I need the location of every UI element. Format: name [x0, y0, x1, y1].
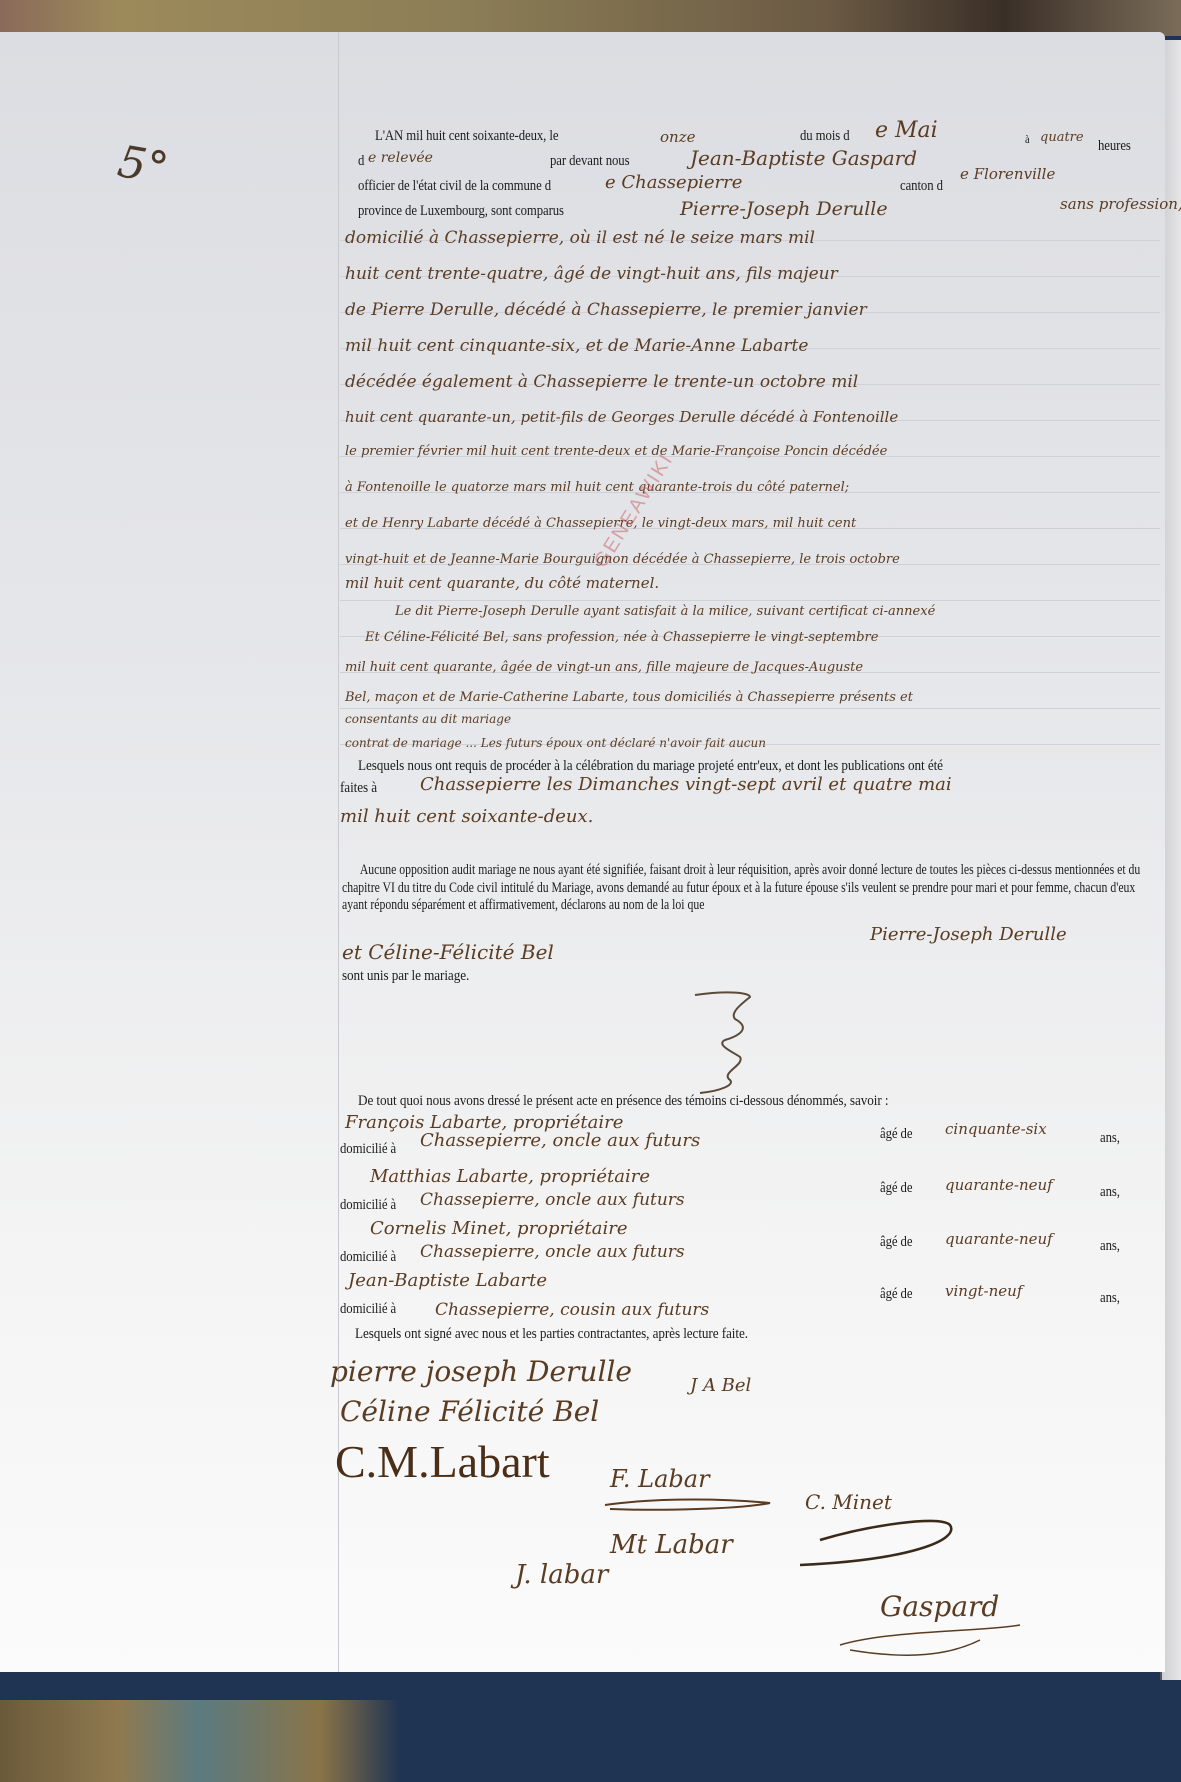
publications-printed: Lesquels nous ont requis de procéder à l… — [358, 758, 943, 775]
age-label: âgé de — [880, 1234, 912, 1251]
margin-line — [338, 32, 339, 1672]
signature-bride: Céline Félicité Bel — [340, 1395, 599, 1428]
ans-label: ans, — [1100, 1130, 1120, 1147]
header-printed: par devant nous — [550, 153, 629, 170]
witness-age: quarante-neuf — [945, 1176, 1053, 1194]
header-officer: Jean-Baptiste Gaspard — [690, 146, 917, 170]
header-printed: canton d — [900, 178, 943, 195]
declaration-groom: Pierre-Joseph Derulle — [870, 924, 1067, 945]
separator-flourish — [690, 985, 770, 1095]
age-label: âgé de — [880, 1286, 912, 1303]
groom-name: Pierre-Joseph Derulle — [680, 198, 888, 220]
body-line: domicilié à Chassepierre, où il est né l… — [345, 228, 815, 248]
body-line: mil huit cent cinquante-six, et de Marie… — [345, 336, 808, 356]
background-top — [0, 0, 1181, 36]
signature-witness-4: J. labar — [515, 1560, 608, 1590]
publications-hw: Chassepierre les Dimanches vingt-sept av… — [420, 774, 952, 795]
body-line: Bel, maçon et de Marie-Catherine Labarte… — [345, 690, 913, 705]
domicile-label: domicilié à — [340, 1141, 396, 1158]
signature-underline — [600, 1495, 780, 1515]
ruled-line — [340, 600, 1160, 601]
body-line: Et Céline-Félicité Bel, sans profession,… — [365, 630, 878, 645]
header-printed: officier de l'état civil de la commune d — [358, 178, 551, 195]
body-line: décédée également à Chassepierre le tren… — [345, 372, 858, 392]
witness-name: Jean-Baptiste Labarte — [348, 1270, 547, 1291]
header-printed: d — [358, 153, 364, 170]
declaration-paragraph: Aucune opposition audit mariage ne nous … — [342, 862, 1152, 915]
signature-groom: pierre joseph Derulle — [330, 1355, 632, 1388]
ruled-line — [340, 708, 1160, 709]
ans-label: ans, — [1100, 1238, 1120, 1255]
header-printed: L'AN mil huit cent soixante-deux, le — [375, 128, 558, 145]
header-commune: e Chassepierre — [605, 172, 742, 193]
body-line: mil huit cent quarante, du côté maternel… — [345, 574, 659, 592]
age-label: âgé de — [880, 1180, 912, 1197]
folio-number: 5° — [114, 136, 172, 195]
signature-officer: Gaspard — [880, 1590, 999, 1623]
header-canton: e Florenville — [960, 165, 1055, 183]
header-printed: heures — [1098, 138, 1131, 155]
body-line: et de Henry Labarte décédé à Chassepierr… — [345, 516, 856, 531]
body-line: de Pierre Derulle, décédé à Chassepierre… — [345, 300, 867, 320]
witness-domicile: Chassepierre, oncle aux futurs — [420, 1130, 700, 1151]
signature-officer-flourish — [830, 1620, 1030, 1670]
domicile-label: domicilié à — [340, 1197, 396, 1214]
groom-profession: sans profession, — [1060, 195, 1181, 213]
ans-label: ans, — [1100, 1184, 1120, 1201]
declaration-bride: et Céline-Félicité Bel — [342, 940, 554, 964]
witness-name: Matthias Labarte, propriétaire — [370, 1166, 650, 1187]
domicile-label: domicilié à — [340, 1301, 396, 1318]
witnesses-intro: De tout quoi nous avons dressé le présen… — [358, 1093, 888, 1110]
witness-age: vingt-neuf — [945, 1282, 1022, 1300]
header-printed: province de Luxembourg, sont comparus — [358, 203, 564, 220]
witness-domicile: Chassepierre, oncle aux futurs — [420, 1242, 685, 1262]
age-label: âgé de — [880, 1126, 912, 1143]
signature-mother-bride: C.M.Labart — [335, 1435, 550, 1488]
ans-label: ans, — [1100, 1290, 1120, 1307]
witness-age: cinquante-six — [945, 1120, 1047, 1138]
body-line: contrat de mariage ... Les futurs époux … — [345, 736, 766, 750]
witness-domicile: Chassepierre, cousin aux futurs — [435, 1300, 709, 1320]
witness-name: Cornelis Minet, propriétaire — [370, 1218, 628, 1239]
signature-witness-2: Mt Labar — [610, 1530, 733, 1560]
header-month: e Mai — [875, 118, 938, 143]
background-cloth — [0, 1700, 400, 1782]
body-line: huit cent trente-quatre, âgé de vingt-hu… — [345, 264, 838, 284]
body-line: vingt-huit et de Jeanne-Marie Bourguigno… — [345, 552, 900, 567]
witnesses-closing: Lesquels ont signé avec nous et les part… — [355, 1326, 748, 1343]
body-line: consentants au dit mariage — [345, 712, 511, 726]
domicile-label: domicilié à — [340, 1249, 396, 1266]
body-line: le premier février mil huit cent trente-… — [345, 444, 887, 459]
witness-domicile: Chassepierre, oncle aux futurs — [420, 1190, 685, 1210]
header-printed: du mois d — [800, 128, 850, 145]
header-day: onze — [660, 128, 695, 146]
witness-age: quarante-neuf — [945, 1230, 1053, 1248]
declaration-closing: sont unis par le mariage. — [342, 968, 469, 985]
header-period: e relevée — [368, 150, 433, 166]
body-line: huit cent quarante-un, petit-fils de Geo… — [345, 408, 898, 426]
publications-hw: mil huit cent soixante-deux. — [340, 806, 593, 827]
signature-father-bride: J A Bel — [690, 1375, 751, 1396]
header-hour: quatre — [1040, 130, 1084, 145]
body-line: Le dit Pierre-Joseph Derulle ayant satis… — [395, 604, 935, 619]
header-printed: à — [1025, 132, 1030, 147]
signature-witness-1: F. Labar — [610, 1465, 710, 1493]
signature-flourish — [790, 1505, 970, 1575]
body-line: à Fontenoille le quatorze mars mil huit … — [345, 480, 849, 495]
body-line: mil huit cent quarante, âgée de vingt-un… — [345, 660, 863, 675]
publications-label: faites à — [340, 780, 377, 797]
